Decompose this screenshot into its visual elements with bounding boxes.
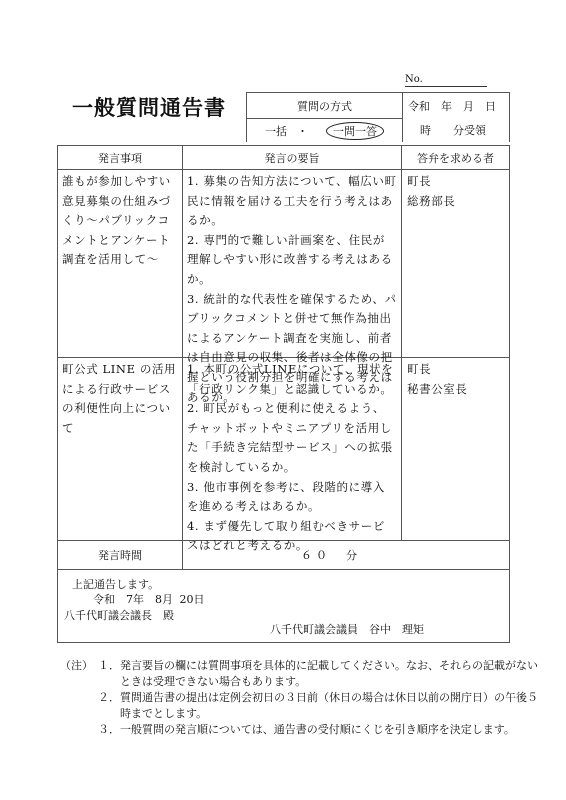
method-option-one-by-one-selected: 一問一答 [326, 122, 384, 140]
receipt-date-label: 令和 年 月 日 [402, 93, 509, 118]
note-text: 質問通告書の提出は定例会初日の３日前（休日の場合は休日以前の開庁日）の午後５時ま… [120, 690, 540, 722]
note-number: ２． [98, 690, 120, 722]
signature-box: 上記通告します。 令和 7年 8月 20日 八千代町議会議長 殿 八千代町議会議… [57, 565, 510, 643]
method-separator: ・ [297, 123, 308, 139]
respondent: 秘書公室長 [407, 380, 504, 400]
point-item: 2. 町民がもっと便利に使えるよう、チャットボットやミニアプリを活用した「手続き… [187, 399, 397, 477]
respondent: 町長 [407, 172, 504, 192]
note-number: １． [98, 658, 120, 690]
receipt-column: 令和 年 月 日 時 分受領 [402, 93, 509, 142]
note-item: ２． 質問通告書の提出は定例会初日の３日前（休日の場合は休日以前の開庁日）の午後… [60, 690, 540, 722]
point-item: 3. 他市事例を参考に、段階的に導入を進める考えはあるか。 [187, 478, 397, 517]
note-item: ３． 一般質問の発言順については、通告書の受付順にくじを引き順序を決定します。 [60, 722, 540, 738]
table-row: 誰もが参加しやすい意見募集の仕組みづくり～パブリックコメントとアンケート調査を活… [58, 170, 509, 358]
notes-section: （注） １． 発言要旨の欄には質問事項を具体的に記載してください。なお、それらの… [60, 658, 540, 738]
method-and-receipt-box: 質問の方式 一括 ・ 一問一答 令和 年 月 日 時 分受領 [246, 92, 510, 142]
question-method-label: 質問の方式 [247, 93, 402, 119]
point-item: 1. 本町の公式LINEについて、現状を「行政リンク集」と認識しているか。 [187, 360, 397, 399]
table-row: 町公式 LINE の活用による行政サービスの利便性向上について 1. 本町の公式… [58, 358, 509, 541]
respondent: 総務部長 [407, 192, 504, 212]
header-respondents: 答弁を求める者 [402, 146, 509, 169]
row-respondents: 町長 総務部長 [402, 170, 509, 357]
row-points: 1. 本町の公式LINEについて、現状を「行政リンク集」と認識しているか。 2.… [183, 358, 402, 540]
header-points: 発言の要旨 [183, 146, 402, 169]
notice-date: 令和 7年 8月 20日 [93, 591, 205, 607]
notice-statement: 上記通告します。 [72, 576, 159, 592]
row-subject: 町公式 LINE の活用による行政サービスの利便性向上について [58, 358, 183, 540]
point-item: 2. 専門的で難しい計画案を、住民が理解しやすい形に改善する考えはあるか。 [187, 231, 397, 290]
question-method-options: 一括 ・ 一問一答 [247, 119, 402, 143]
document-title: 一般質問通告書 [72, 92, 226, 122]
note-item: （注） １． 発言要旨の欄には質問事項を具体的に記載してください。なお、それらの… [60, 658, 540, 690]
point-item: 1. 募集の告知方法について、幅広い町民に情報を届ける工夫を行う考えはあるか。 [187, 172, 397, 231]
table-header-row: 発言事項 発言の要旨 答弁を求める者 [58, 146, 509, 170]
receipt-time-label: 時 分受領 [402, 118, 509, 142]
addressee: 八千代町議会議長 殿 [64, 607, 174, 623]
row-points: 1. 募集の告知方法について、幅広い町民に情報を届ける工夫を行う考えはあるか。 … [183, 170, 402, 357]
note-text: 一般質問の発言順については、通告書の受付順にくじを引き順序を決定します。 [120, 722, 540, 738]
row-subject: 誰もが参加しやすい意見募集の仕組みづくり～パブリックコメントとアンケート調査を活… [58, 170, 183, 357]
signer: 八千代町議会議員 谷中 理矩 [270, 621, 424, 637]
row-respondents: 町長 秘書公室長 [402, 358, 509, 540]
document-number-field: No. [405, 74, 487, 87]
question-method-column: 質問の方式 一括 ・ 一問一答 [247, 93, 403, 142]
method-option-bulk: 一括 [265, 123, 287, 139]
question-table: 発言事項 発言の要旨 答弁を求める者 誰もが参加しやすい意見募集の仕組みづくり～… [57, 145, 510, 570]
respondent: 町長 [407, 360, 504, 380]
header-subject: 発言事項 [58, 146, 183, 169]
notes-prefix: （注） [60, 658, 98, 690]
note-text: 発言要旨の欄には質問事項を具体的に記載してください。なお、それらの記載がないとき… [120, 658, 540, 690]
note-number: ３． [98, 722, 120, 738]
